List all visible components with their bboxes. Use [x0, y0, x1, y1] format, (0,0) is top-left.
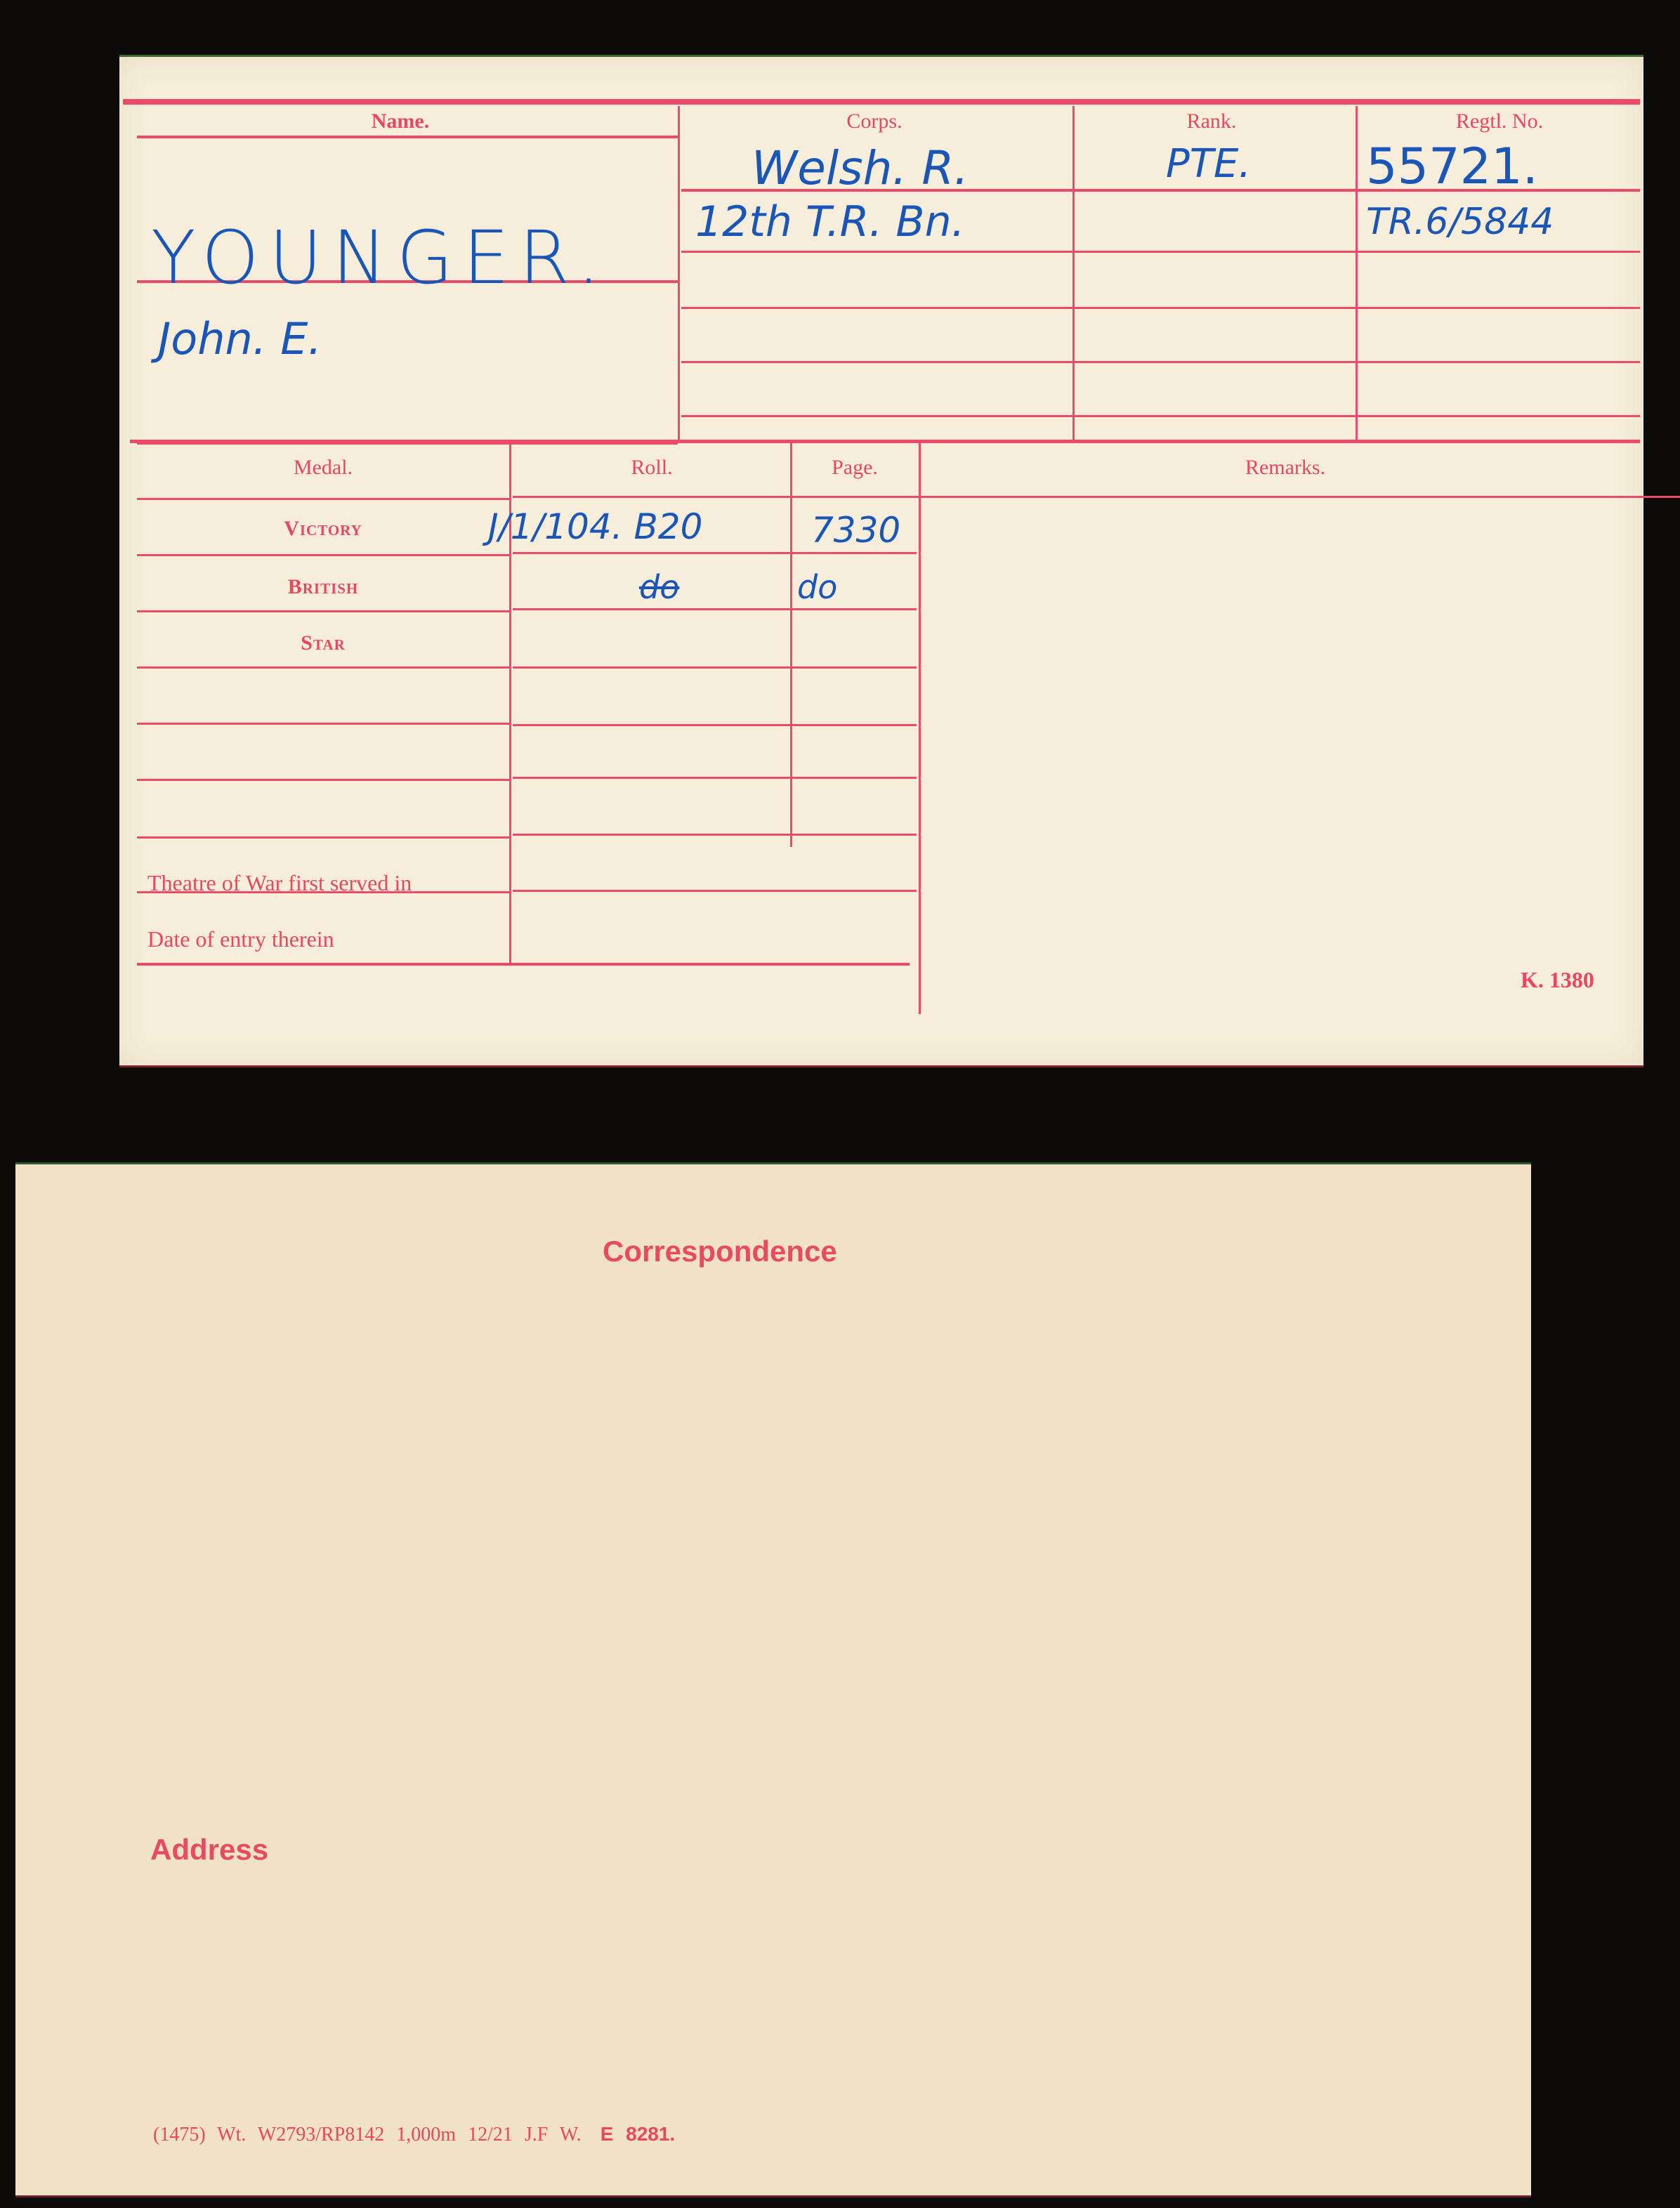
- medal-rule: [137, 498, 509, 500]
- roll-rule: [513, 834, 917, 836]
- divider-rank-regtl: [1356, 106, 1358, 440]
- printer-line: (1475) Wt. W2793/RP8142 1,000m 12/21 J.F…: [153, 2123, 675, 2146]
- roll-rule: [513, 724, 917, 726]
- medal-star-label: Star: [301, 631, 345, 655]
- regtl-no-entry-2: TR.6/5844: [1366, 201, 1554, 243]
- british-page-entry: do: [797, 568, 837, 606]
- forenames-entry: John. E.: [158, 313, 322, 364]
- name-rule: [137, 136, 678, 138]
- divider-name-corps: [678, 106, 680, 440]
- page-header: Page.: [832, 456, 878, 480]
- printer-code: E 8281.: [601, 2123, 676, 2145]
- medal-header: Medal.: [294, 456, 353, 480]
- row-rule: [681, 307, 1640, 309]
- victory-page-entry: 7330: [811, 510, 900, 551]
- form-number: K. 1380: [1521, 967, 1594, 993]
- roll-rule: [513, 608, 917, 610]
- medal-victory-label: Victory: [284, 517, 362, 541]
- printer-imprint: (1475) Wt. W2793/RP8142 1,000m 12/21 J.F…: [153, 2124, 582, 2145]
- divider-roll-page: [790, 442, 792, 847]
- victory-roll-entry: J/1/104. B20: [488, 506, 702, 547]
- medal-rule: [137, 836, 509, 839]
- divider-corps-rank: [1072, 106, 1075, 440]
- roll-rule: [513, 777, 917, 779]
- name-header: Name.: [372, 110, 429, 133]
- medal-british-label: British: [288, 575, 359, 599]
- medal-rule: [137, 554, 509, 556]
- bottom-rule: [137, 963, 910, 966]
- regtl-no-header: Regtl. No.: [1456, 110, 1543, 133]
- regtl-no-entry-1: 55721.: [1366, 138, 1538, 195]
- medal-rule: [137, 610, 509, 612]
- theatre-label: Theatre of War first served in: [147, 870, 412, 896]
- remarks-header: Remarks.: [1245, 456, 1325, 480]
- surname-entry: YOUNGER.: [151, 215, 610, 301]
- roll-header: Roll.: [631, 456, 672, 480]
- corps-entry-2: 12th T.R. Bn.: [695, 197, 965, 247]
- corps-entry-1: Welsh. R.: [752, 141, 969, 195]
- top-rule: [123, 99, 1640, 105]
- correspondence-heading: Correspondence: [603, 1235, 837, 1268]
- rank-header: Rank.: [1187, 110, 1237, 133]
- medal-index-card-back: Correspondence Address (1475) Wt. W2793/…: [15, 1162, 1531, 2197]
- medal-index-card-front: Name. Corps. Rank. Regtl. No. YOUNGER. J…: [119, 55, 1643, 1067]
- section-rule: [130, 440, 1640, 443]
- row-rule: [681, 361, 1640, 363]
- roll-rule: [513, 496, 1680, 498]
- medal-rule: [137, 723, 509, 725]
- roll-rule: [513, 666, 917, 669]
- address-label: Address: [150, 1833, 268, 1867]
- divider-page-remarks: [919, 442, 921, 1014]
- date-entry-label: Date of entry therein: [147, 926, 334, 952]
- rank-entry: PTE.: [1166, 141, 1251, 187]
- british-roll-entry: do: [639, 568, 679, 606]
- medal-rule: [137, 666, 509, 669]
- roll-rule: [513, 890, 917, 892]
- roll-rule: [513, 552, 917, 554]
- row-rule: [681, 251, 1640, 253]
- row-rule: [681, 415, 1640, 417]
- medal-rule: [137, 779, 509, 781]
- corps-header: Corps.: [846, 110, 902, 133]
